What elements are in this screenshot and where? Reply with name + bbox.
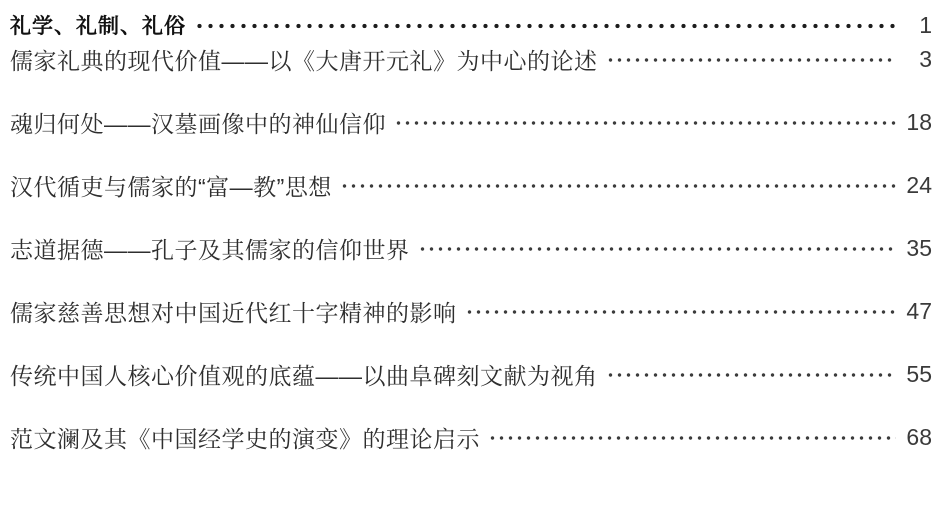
toc-entry-title: 汉代循吏与儒家的“富—教”思想 xyxy=(10,169,332,202)
dotted-leader xyxy=(606,55,897,65)
toc-entry-title: 志道据德——孔子及其儒家的信仰世界 xyxy=(10,232,410,265)
dotted-leader xyxy=(418,244,897,254)
dotted-leader xyxy=(488,433,896,443)
toc-page: 礼学、礼制、礼俗 1 儒家礼典的现代价值——以《大唐开元礼》为中心的论述 3 魂… xyxy=(0,0,941,532)
toc-entry: 儒家礼典的现代价值——以《大唐开元礼》为中心的论述 3 xyxy=(10,42,932,76)
toc-entry-title: 儒家礼典的现代价值——以《大唐开元礼》为中心的论述 xyxy=(10,43,598,76)
toc-section-heading-row: 礼学、礼制、礼俗 1 xyxy=(10,8,932,42)
dotted-leader xyxy=(394,118,896,128)
toc-entry-page-number: 55 xyxy=(904,361,932,388)
dotted-leader xyxy=(194,20,896,32)
toc-entry: 传统中国人核心价值观的底蕴——以曲阜碑刻文献为视角 55 xyxy=(10,357,932,391)
toc-entry: 儒家慈善思想对中国近代红十字精神的影响 47 xyxy=(10,294,932,328)
toc-entry-title: 魂归何处——汉墓画像中的神仙信仰 xyxy=(10,106,386,139)
toc-entry-page-number: 35 xyxy=(904,235,932,262)
dotted-leader xyxy=(465,307,897,317)
section-page-number: 1 xyxy=(904,12,932,39)
section-heading-title: 礼学、礼制、礼俗 xyxy=(10,10,186,40)
toc-entry: 魂归何处——汉墓画像中的神仙信仰 18 xyxy=(10,105,932,139)
toc-entry-page-number: 47 xyxy=(904,298,932,325)
toc-entry-title: 传统中国人核心价值观的底蕴——以曲阜碑刻文献为视角 xyxy=(10,358,598,391)
toc-entry: 汉代循吏与儒家的“富—教”思想 24 xyxy=(10,168,932,202)
toc-entry-page-number: 18 xyxy=(904,109,932,136)
toc-entry-page-number: 3 xyxy=(904,46,932,73)
dotted-leader xyxy=(606,370,897,380)
toc-entry-page-number: 24 xyxy=(904,172,932,199)
toc-entry: 志道据德——孔子及其儒家的信仰世界 35 xyxy=(10,231,932,265)
dotted-leader xyxy=(340,181,896,191)
toc-entry-title: 儒家慈善思想对中国近代红十字精神的影响 xyxy=(10,295,457,328)
toc-entry: 范文澜及其《中国经学史的演变》的理论启示 68 xyxy=(10,420,932,454)
toc-entry-title: 范文澜及其《中国经学史的演变》的理论启示 xyxy=(10,421,480,454)
toc-entry-page-number: 68 xyxy=(904,424,932,451)
